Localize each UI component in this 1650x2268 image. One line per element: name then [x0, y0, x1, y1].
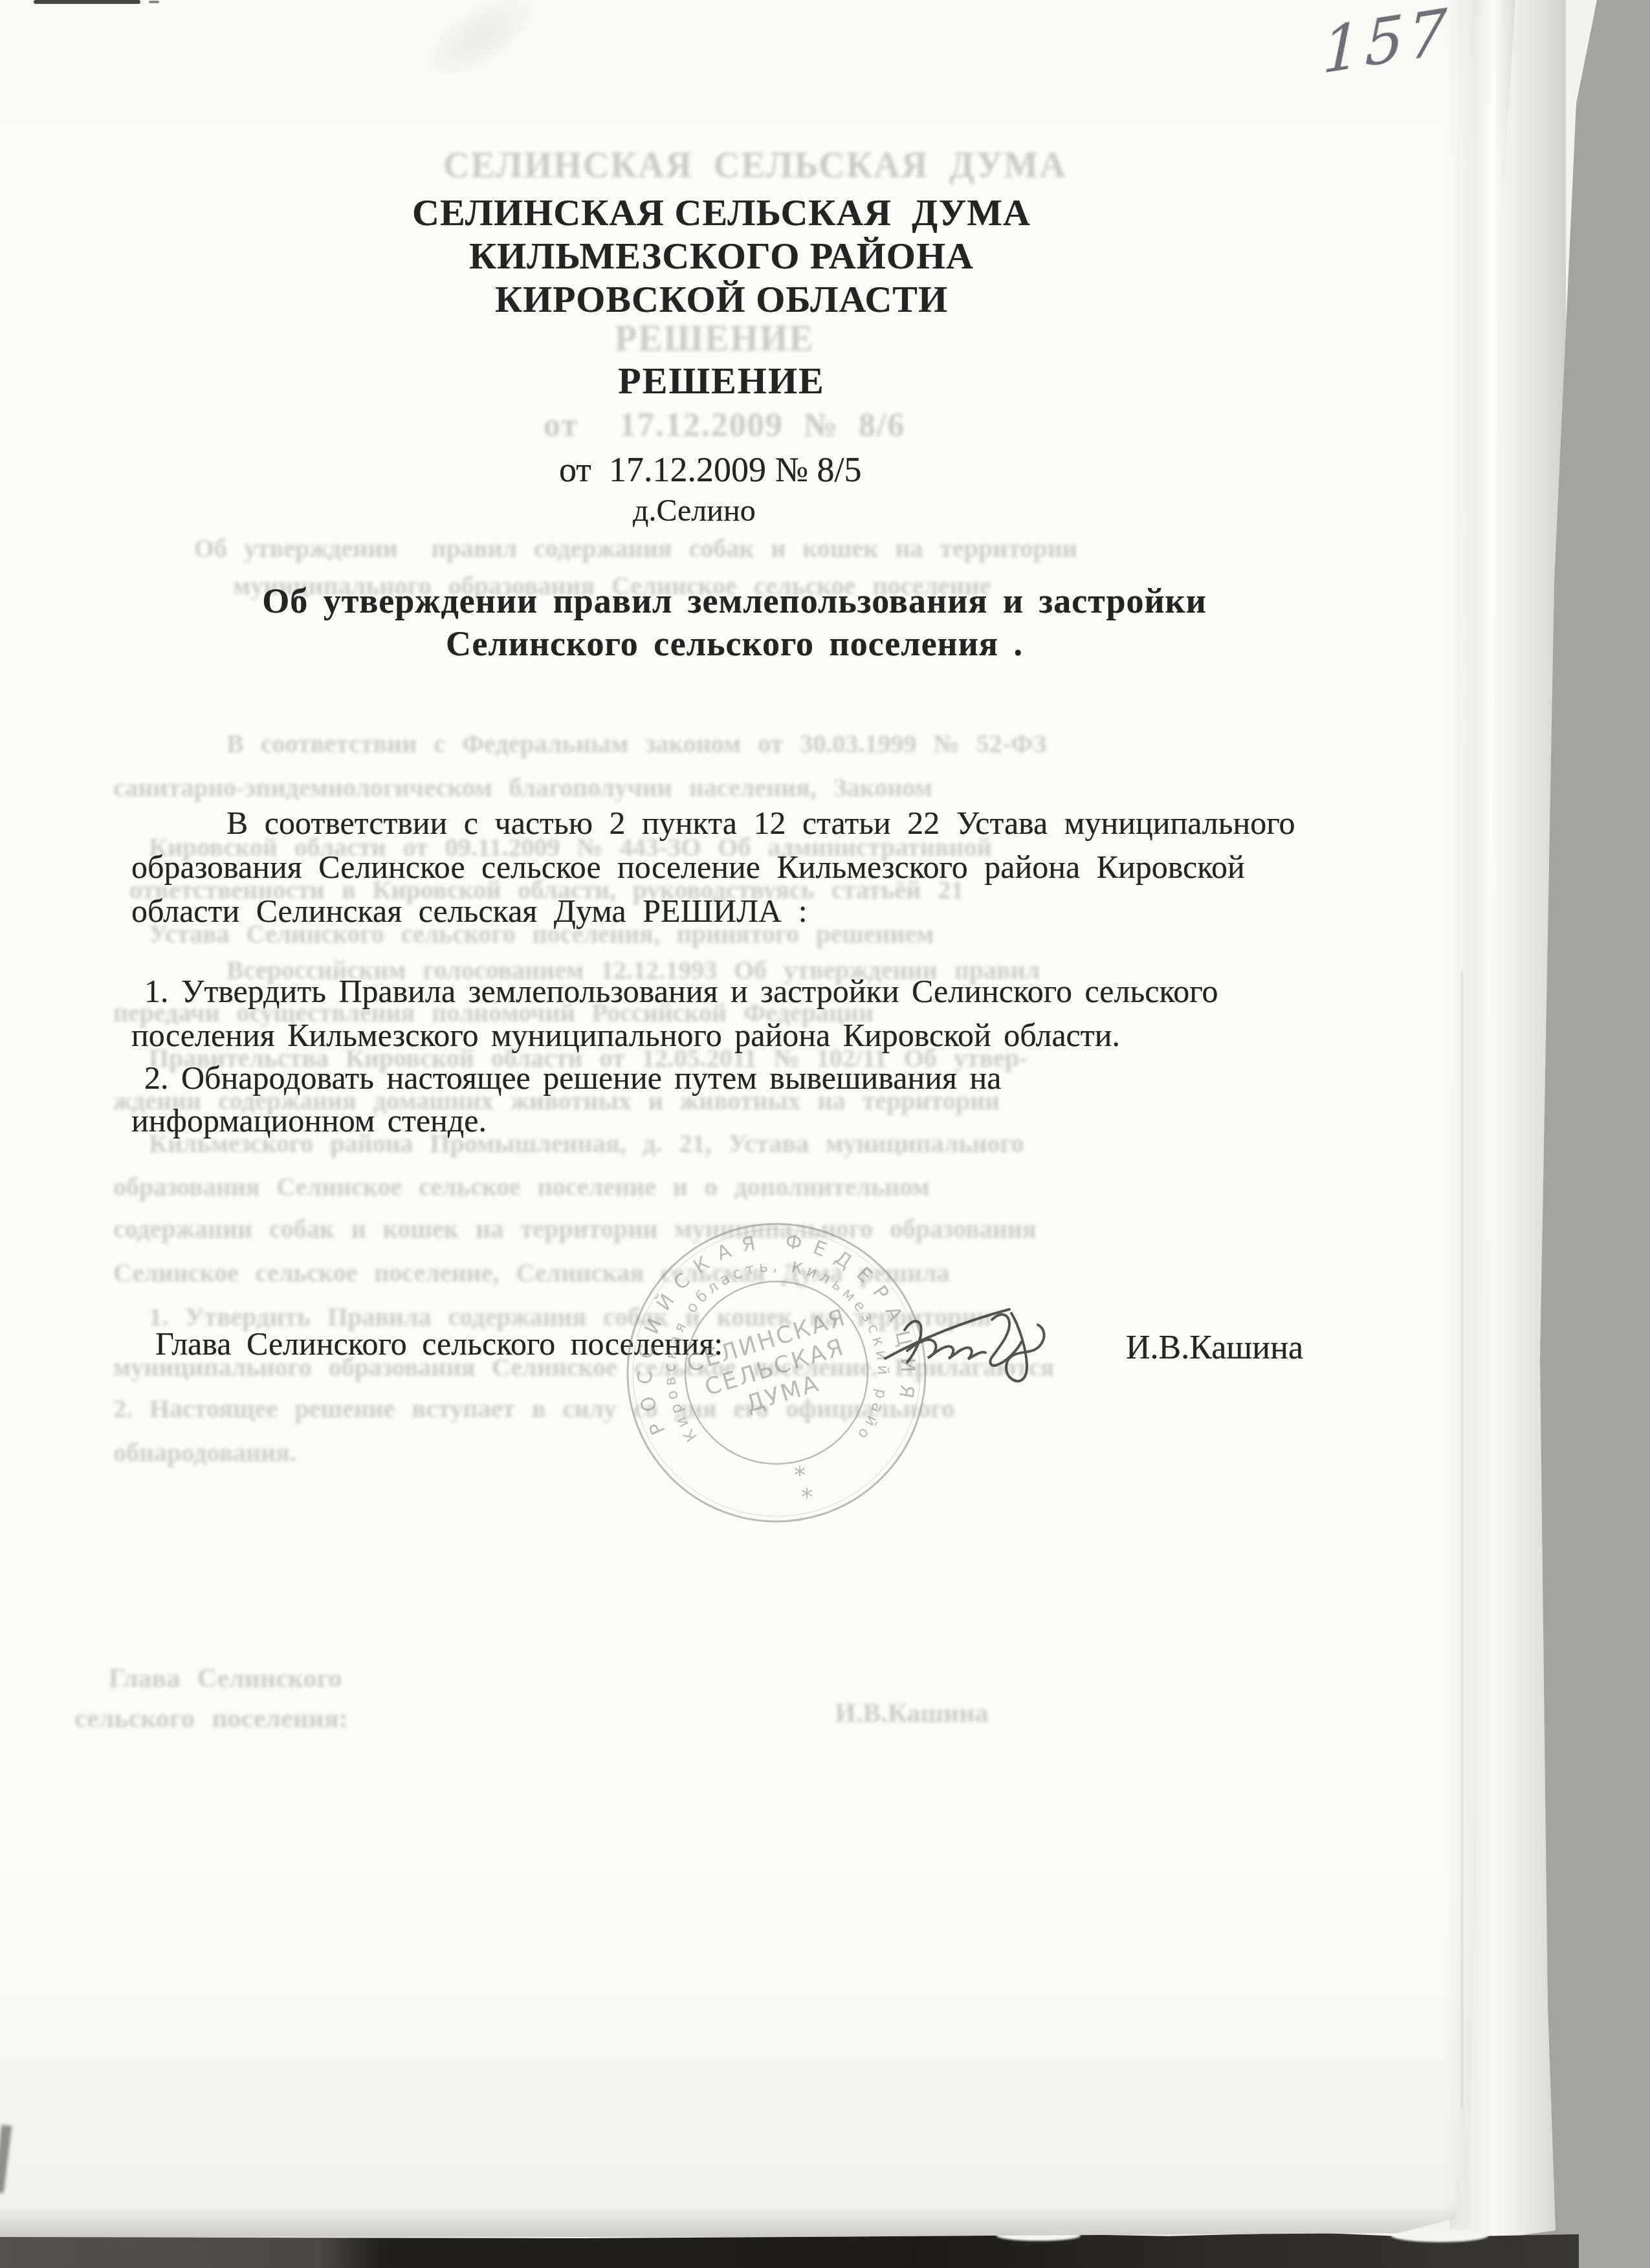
- decision-item1-line2: поселения Кильмезского муниципального ра…: [131, 1019, 1120, 1051]
- scanner-edge-artifact: [34, 0, 140, 4]
- scanned-document: { "page_number": "157", "colors": { "pap…: [0, 0, 1650, 2268]
- signature-name: И.В.Кашина: [1126, 1331, 1303, 1365]
- document-page: СЕЛИНСКАЯ СЕЛЬСКАЯ ДУМА РЕШЕНИЕ от 17.12…: [0, 0, 1650, 2268]
- bleedthrough-line: обнародования.: [113, 1440, 296, 1466]
- scanner-edge-artifact: [149, 1, 159, 3]
- page-bottom-shading: [0, 2205, 1508, 2237]
- doc-date-line: от 17.12.2009 № 8/5: [559, 452, 861, 487]
- decision-item2-line2: информационном стенде.: [131, 1104, 487, 1137]
- decision-item2-line1: 2. Обнародовать настоящее решение путем …: [144, 1062, 1001, 1094]
- paper-glint: [1391, 2229, 1488, 2242]
- decision-item1-line1: 1. Утвердить Правила землепользования и …: [144, 975, 1218, 1007]
- bleedthrough-line: санитарно-эпидемиологическом благополучи…: [113, 775, 932, 801]
- header-org-line1: СЕЛИНСКАЯ СЕЛЬСКАЯ ДУМА: [0, 194, 1443, 232]
- bleedthrough-line: И.В.Кашина: [835, 1700, 988, 1727]
- bleedthrough-line: Глава Селинского: [109, 1665, 342, 1692]
- bleedthrough-line: Селинское сельское поселение, Селинская …: [113, 1260, 950, 1286]
- header-org-line3: КИРОВСКОЙ ОБЛАСТИ: [0, 281, 1443, 318]
- bleedthrough-line: В соответствии с Федеральным законом от …: [226, 731, 1046, 757]
- bleedthrough-line: РЕШЕНИЕ: [615, 321, 815, 357]
- bleedthrough-line: сельского поселения:: [74, 1705, 348, 1732]
- body-paragraph-line2: образования Селинское сельское поселение…: [131, 851, 1245, 883]
- bleedthrough-line: Об утверждении правил содержания собак и…: [194, 536, 1077, 562]
- paper-crease: [1461, 970, 1463, 2109]
- doc-place-line: д.Селино: [633, 496, 756, 527]
- handwritten-page-number: 157: [1321, 0, 1451, 89]
- bleedthrough-line: 2. Настоящее решение вступает в силу со …: [113, 1396, 954, 1422]
- bleedthrough-line: от 17.12.2009 № 8/6: [544, 409, 906, 442]
- scan-smudge: [408, 0, 549, 97]
- doc-title-line2: Селинского сельского поселения .: [0, 626, 1469, 661]
- bleedthrough-line: СЕЛИНСКАЯ СЕЛЬСКАЯ ДУМА: [443, 147, 1067, 184]
- body-paragraph-line3: области Селинская сельская Дума РЕШИЛА :: [131, 895, 808, 927]
- body-paragraph-line1: В соответствии с частью 2 пункта 12 стат…: [226, 807, 1295, 839]
- bleedthrough-line: образования Селинское сельское поселение…: [113, 1174, 930, 1200]
- header-org-line2: КИЛЬМЕЗСКОГО РАЙОНА: [0, 237, 1443, 275]
- signature-label: Глава Селинского сельского поселения:: [155, 1327, 723, 1360]
- doc-title-line1: Об утверждении правил землепользования и…: [0, 583, 1469, 618]
- doc-type-heading: РЕШЕНИЕ: [0, 362, 1443, 400]
- bleedthrough-line: содержании собак и кошек на территории м…: [113, 1216, 1036, 1242]
